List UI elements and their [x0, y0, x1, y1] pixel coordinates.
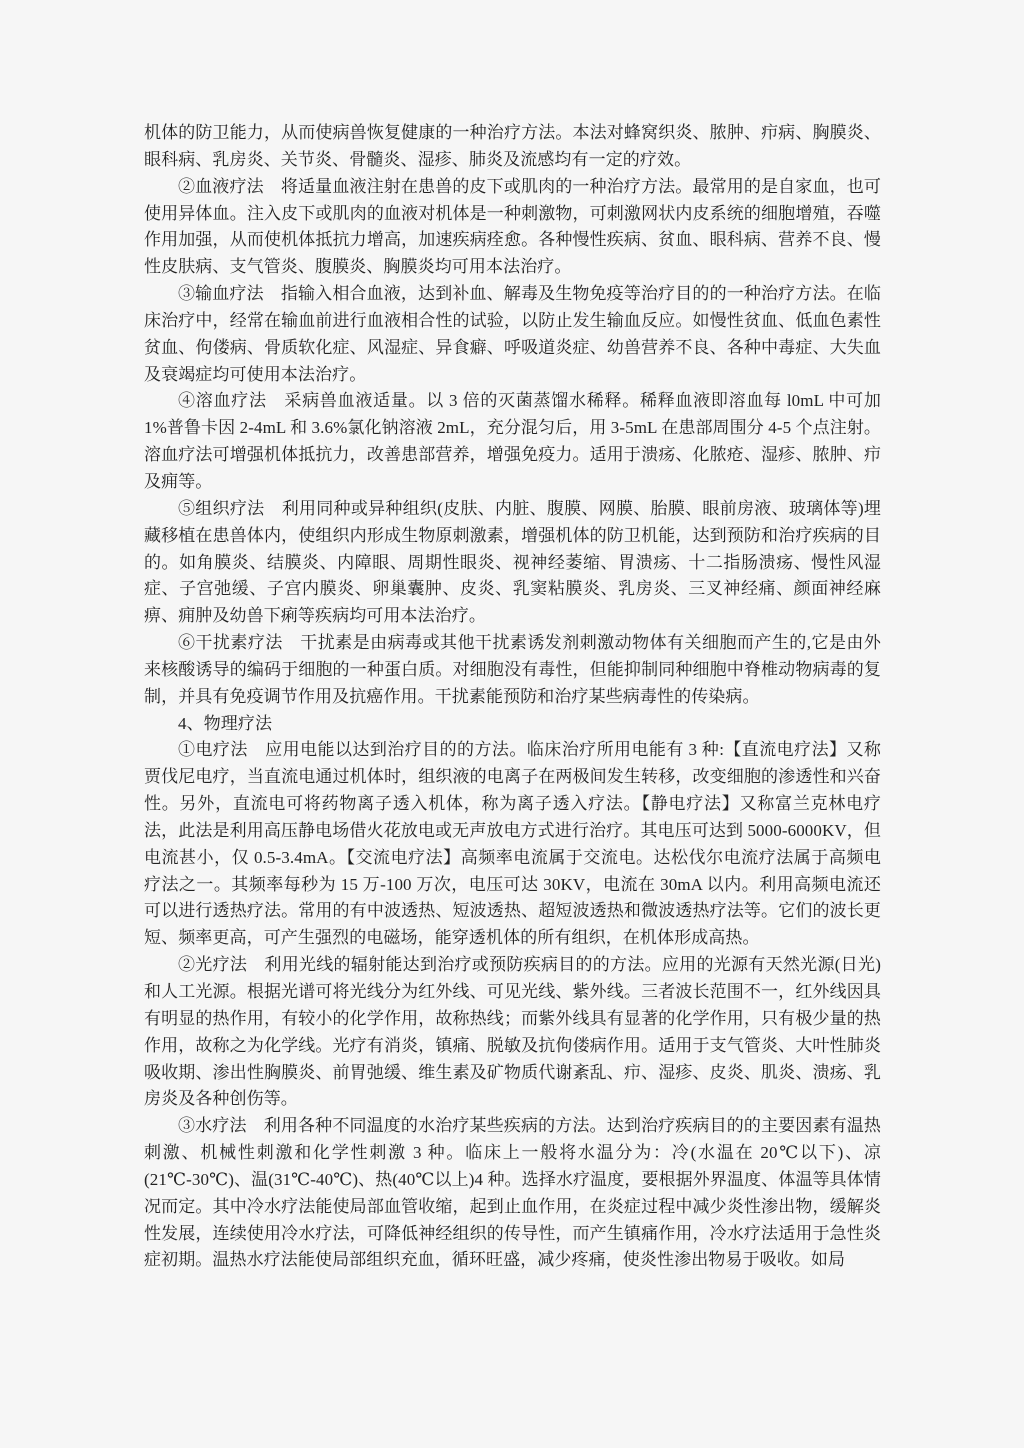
paragraph-hydrotherapy: ③水疗法 利用各种不同温度的水治疗某些疾病的方法。达到治疗疾病目的的主要因素有温… [144, 1113, 881, 1274]
paragraph-continuation-immunity-therapy: 机体的防卫能力，从而使病兽恢复健康的一种治疗方法。本法对蜂窝织炎、脓肿、疖病、胸… [144, 120, 881, 174]
paragraph-interferon-therapy: ⑥干扰素疗法 干扰素是由病毒或其他干扰素诱发剂刺激动物体有关细胞而产生的,它是由… [144, 630, 881, 711]
document-page: 机体的防卫能力，从而使病兽恢复健康的一种治疗方法。本法对蜂窝织炎、脓肿、疖病、胸… [0, 0, 1024, 1448]
paragraph-physical-therapy-heading: 4、物理疗法 [144, 711, 881, 738]
paragraph-hemolysis-therapy: ④溶血疗法 采病兽血液适量。以 3 倍的灭菌蒸馏水稀释。稀释血液即溶血每 l0m… [144, 388, 881, 495]
paragraph-phototherapy: ②光疗法 利用光线的辐射能达到治疗或预防疾病目的的方法。应用的光源有天然光源(日… [144, 952, 881, 1113]
paragraph-transfusion-therapy: ③输血疗法 指输入相合血液，达到补血、解毒及生物免疫等治疗目的的一种治疗方法。在… [144, 281, 881, 388]
paragraph-tissue-therapy: ⑤组织疗法 利用同种或异种组织(皮肤、内脏、腹膜、网膜、胎膜、眼前房液、玻璃体等… [144, 496, 881, 630]
paragraph-electrotherapy: ①电疗法 应用电能以达到治疗目的的方法。临床治疗所用电能有 3 种:【直流电疗法… [144, 737, 881, 952]
document-body: 机体的防卫能力，从而使病兽恢复健康的一种治疗方法。本法对蜂窝织炎、脓肿、疖病、胸… [144, 120, 881, 1274]
paragraph-blood-therapy: ②血液疗法 将适量血液注射在患兽的皮下或肌肉的一种治疗方法。最常用的是自家血，也… [144, 174, 881, 281]
